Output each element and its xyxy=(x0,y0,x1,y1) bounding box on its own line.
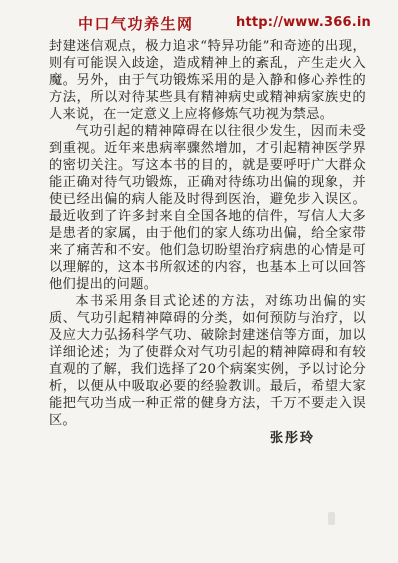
scanned-page: 中口气功养生网 http://www.366.in 封建迷信观点，极力追求“特异… xyxy=(0,0,398,563)
site-name: 中口气功养生网 xyxy=(78,13,194,34)
watermark-header: 中口气功养生网 http://www.366.in xyxy=(0,13,398,35)
site-url: http://www.366.in xyxy=(236,15,371,30)
paragraph: 本书采用条目式论述的方法，对练功出偏的实质、气功引起精神障碍的分类，如何预防与治… xyxy=(49,293,366,429)
preface-text: 封建迷信观点，极力追求“特异功能”和奇迹的出现，则有可能误入歧途，造成精神上的紊… xyxy=(49,38,366,447)
paragraph: 气功引起的精神障碍在以往很少发生，因而未受到重视。近年来患病率骤然增加，才引起精… xyxy=(49,123,366,293)
paragraph-continuation: 封建迷信观点，极力追求“特异功能”和奇迹的出现，则有可能误入歧途，造成精神上的紊… xyxy=(49,38,366,123)
author-signature: 张彤玲 xyxy=(49,430,366,447)
scan-artifact xyxy=(328,512,335,525)
